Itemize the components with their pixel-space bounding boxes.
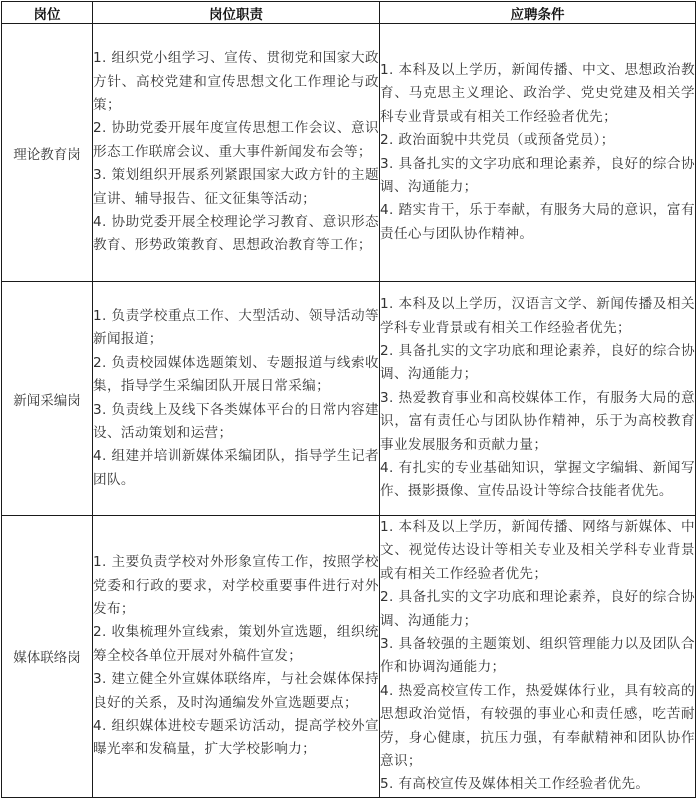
post-name: 理论教育岗 [2,24,93,282]
duty-item: 3. 建立健全外宣媒体联络库，与社会媒体保持良好的关系，及时沟通编发外宣选题要点… [93,668,379,715]
requirement-item: 1. 本科及以上学历，新闻传播、网络与新媒体、中文、视觉传达设计等相关专业及相关… [380,516,695,586]
requirements-cell: 1. 本科及以上学历，新闻传播、中文、思想政治教育、马克思主义理论、政治学、党史… [380,24,696,282]
requirement-item: 2. 具备扎实的文字功底和理论素养，良好的综合协调、沟通能力； [380,586,695,633]
post-name: 媒体联络岗 [2,516,93,798]
requirement-item: 3. 具备较强的主题策划、组织管理能力以及团队合作和协调沟通能力； [380,633,695,680]
header-duties: 岗位职责 [93,2,380,24]
requirement-item: 1. 本科及以上学历，汉语言文学、新闻传播及相关学科专业背景或有相关工作经验者优… [380,293,695,340]
post-name: 新闻采编岗 [2,282,93,516]
duty-item: 4. 协助党委开展全校理论学习教育、意识形态教育、形势政策教育、思想政治教育等工… [93,211,379,258]
job-positions-table: 岗位 岗位职责 应聘条件 理论教育岗 1. 组织党小组学习、宣传、贯彻党和国家大… [1,1,696,798]
duty-item: 1. 主要负责学校对外形象宣传工作，按照学校党委和行政的要求，对学校重要事件进行… [93,551,379,621]
requirement-item: 4. 热爱高校宣传工作，热爱媒体行业，具有较高的思想政治觉悟，有较强的事业心和责… [380,680,695,774]
duty-item: 3. 策划组织开展系列紧跟国家大政方针的主题宣讲、辅导报告、征文征集等活动； [93,164,379,211]
duty-item: 4. 组建并培训新媒体采编团队，指导学生记者团队。 [93,445,379,492]
duties-cell: 1. 主要负责学校对外形象宣传工作，按照学校党委和行政的要求，对学校重要事件进行… [93,516,380,798]
requirement-item: 4. 有扎实的专业基础知识，掌握文字编辑、新闻写作、摄影摄像、宣传品设计等综合技… [380,457,695,504]
requirement-item: 3. 热爱教育事业和高校媒体工作，有服务大局的意识，富有责任心与团队协作精神，乐… [380,387,695,457]
duties-cell: 1. 组织党小组学习、宣传、贯彻党和国家大政方针、高校党建和宣传思想文化工作理论… [93,24,380,282]
duty-item: 2. 收集梳理外宣线索，策划外宣选题，组织统筹全校各单位开展对外稿件宣发； [93,621,379,668]
requirement-item: 5. 有高校宣传及媒体相关工作经验者优先。 [380,773,695,796]
duty-item: 1. 组织党小组学习、宣传、贯彻党和国家大政方针、高校党建和宣传思想文化工作理论… [93,47,379,117]
requirements-cell: 1. 本科及以上学历，新闻传播、网络与新媒体、中文、视觉传达设计等相关专业及相关… [380,516,696,798]
header-post: 岗位 [2,2,93,24]
requirement-item: 4. 踏实肯干，乐于奉献，有服务大局的意识，富有责任心与团队协作精神。 [380,199,695,246]
table-row-news-editing: 新闻采编岗 1. 负责学校重点工作、大型活动、领导活动等新闻报道； 2. 负责校… [2,282,696,516]
requirement-item: 2. 政治面貌中共党员（或预备党员）； [380,129,695,152]
table-header-row: 岗位 岗位职责 应聘条件 [2,2,696,24]
requirement-item: 3. 具备扎实的文字功底和理论素养，良好的综合协调、沟通能力； [380,153,695,200]
requirement-item: 2. 具备扎实的文字功底和理论素养，良好的综合协调、沟通能力； [380,340,695,387]
requirement-item: 1. 本科及以上学历，新闻传播、中文、思想政治教育、马克思主义理论、政治学、党史… [380,59,695,129]
table-row-theory-education: 理论教育岗 1. 组织党小组学习、宣传、贯彻党和国家大政方针、高校党建和宣传思想… [2,24,696,282]
duty-item: 2. 协助党委开展年度宣传思想工作会议、意识形态工作联席会议、重大事件新闻发布会… [93,117,379,164]
duties-cell: 1. 负责学校重点工作、大型活动、领导活动等新闻报道； 2. 负责校园媒体选题策… [93,282,380,516]
header-requirements: 应聘条件 [380,2,696,24]
duty-item: 3. 负责线上及线下各类媒体平台的日常内容建设、活动策划和运营； [93,399,379,446]
duty-item: 1. 负责学校重点工作、大型活动、领导活动等新闻报道； [93,305,379,352]
duty-item: 2. 负责校园媒体选题策划、专题报道与线索收集，指导学生采编团队开展日常采编； [93,352,379,399]
duty-item: 4. 组织媒体进校专题采访活动，提高学校外宣曝光率和发稿量，扩大学校影响力； [93,715,379,762]
table-row-media-liaison: 媒体联络岗 1. 主要负责学校对外形象宣传工作，按照学校党委和行政的要求，对学校… [2,516,696,798]
requirements-cell: 1. 本科及以上学历，汉语言文学、新闻传播及相关学科专业背景或有相关工作经验者优… [380,282,696,516]
